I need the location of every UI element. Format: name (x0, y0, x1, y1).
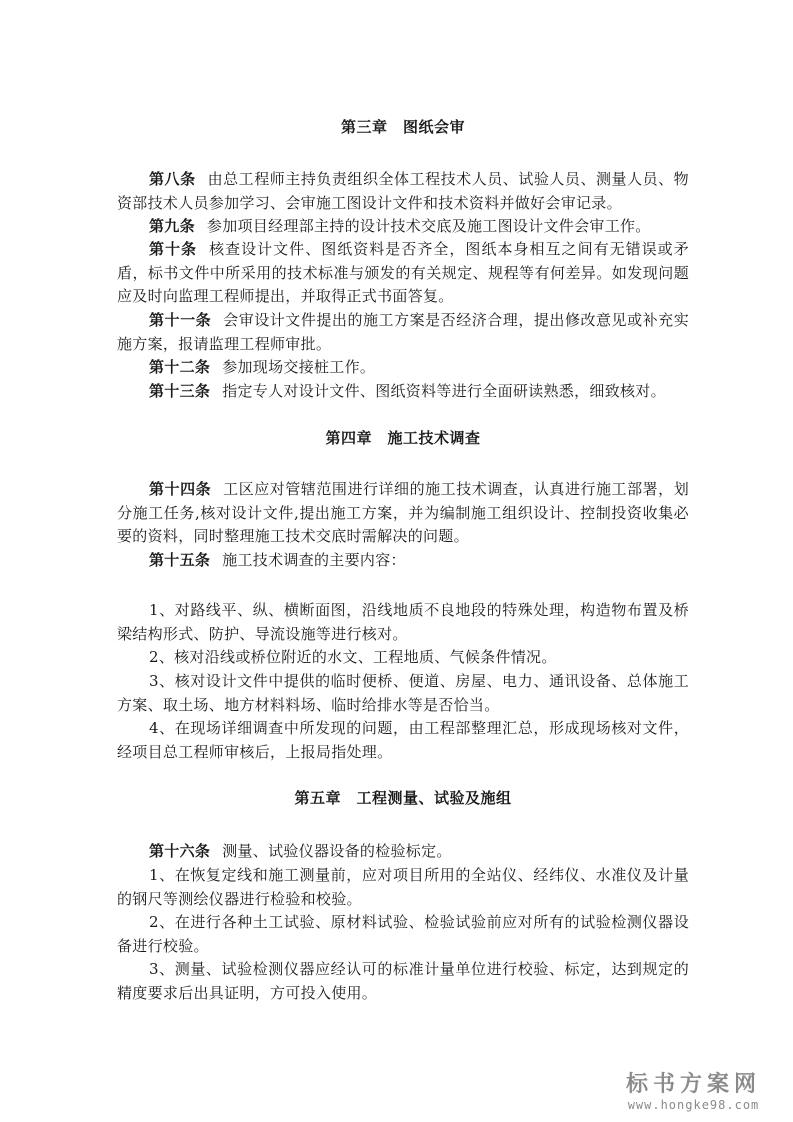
list-item: 4、在现场详细调查中所发现的问题，由工程部整理汇总，形成现场核对文件，经项目总工… (117, 717, 689, 764)
article-14: 第十四条工区应对管辖范围进行详细的施工技术调查，认真进行施工部署，划分施工任务,… (117, 478, 689, 549)
list-item: 2、在进行各种土工试验、原材料试验、检验试验前应对所有的试验检测仪器设备进行校验… (117, 911, 689, 958)
article-text: 由总工程师主持负责组织全体工程技术人员、试验人员、测量人员、物资部技术人员参加学… (117, 170, 689, 212)
article-text: 施工技术调查的主要内容： (222, 551, 406, 569)
article-9: 第九条参加项目经理部主持的设计技术交底及施工图设计文件会审工作。 (117, 215, 689, 239)
article-text: 参加项目经理部主持的设计技术交底及施工图设计文件会审工作。 (207, 217, 651, 235)
list-item: 3、测量、试验检测仪器应经认可的标准计量单位进行校验、标定，达到规定的精度要求后… (117, 958, 689, 1005)
article-11: 第十一条会审设计文件提出的施工方案是否经济合理，提出修改意见或补充实施方案，报请… (117, 309, 689, 356)
list-item: 2、核对沿线或桥位附近的水文、工程地质、气候条件情况。 (117, 646, 689, 670)
article-text: 测量、试验仪器设备的检验标定。 (222, 842, 452, 860)
article-label: 第十六条 (149, 842, 210, 860)
chapter-title: 第三章 图纸会审 (117, 116, 689, 137)
list-item: 3、核对设计文件中提供的临时便桥、便道、房屋、电力、通讯设备、总体施工方案、取土… (117, 670, 689, 717)
article-label: 第九条 (149, 217, 195, 235)
watermark-title: 标书方案网 (626, 1072, 761, 1098)
article-text: 核查设计文件、图纸资料是否齐全，图纸本身相互之间有无错误或矛盾，标书文件中所采用… (117, 240, 689, 305)
watermark: 标书方案网 www.hongke98.com (626, 1072, 761, 1112)
article-15: 第十五条施工技术调查的主要内容： (117, 549, 689, 573)
chapter-title: 第四章 施工技术调查 (117, 427, 689, 448)
article-label: 第八条 (149, 170, 196, 188)
article-text: 参加现场交接桩工作。 (222, 358, 375, 376)
article-label: 第十五条 (149, 551, 210, 569)
watermark-url: www.hongke98.com (626, 1098, 761, 1112)
article-10: 第十条核查设计文件、图纸资料是否齐全，图纸本身相互之间有无错误或矛盾，标书文件中… (117, 238, 689, 309)
article-16: 第十六条测量、试验仪器设备的检验标定。 (117, 840, 689, 864)
article-label: 第十二条 (149, 358, 210, 376)
chapter-title: 第五章 工程测量、试验及施组 (117, 787, 689, 808)
article-label: 第十条 (149, 240, 197, 258)
list-item: 1、对路线平、纵、横断面图，沿线地质不良地段的特殊处理，构造物布置及桥梁结构形式… (117, 599, 689, 646)
list-item: 1、在恢复定线和施工测量前，应对项目所用的全站仪、经纬仪、水准仪及计量的钢尺等测… (117, 864, 689, 911)
article-12: 第十二条参加现场交接桩工作。 (117, 356, 689, 380)
article-text: 指定专人对设计文件、图纸资料等进行全面研读熟悉，细致核对。 (222, 382, 666, 400)
article-label: 第十一条 (149, 311, 211, 329)
article-label: 第十三条 (149, 382, 210, 400)
article-8: 第八条由总工程师主持负责组织全体工程技术人员、试验人员、测量人员、物资部技术人员… (117, 168, 689, 215)
article-13: 第十三条指定专人对设计文件、图纸资料等进行全面研读熟悉，细致核对。 (117, 380, 689, 404)
article-label: 第十四条 (149, 480, 211, 498)
